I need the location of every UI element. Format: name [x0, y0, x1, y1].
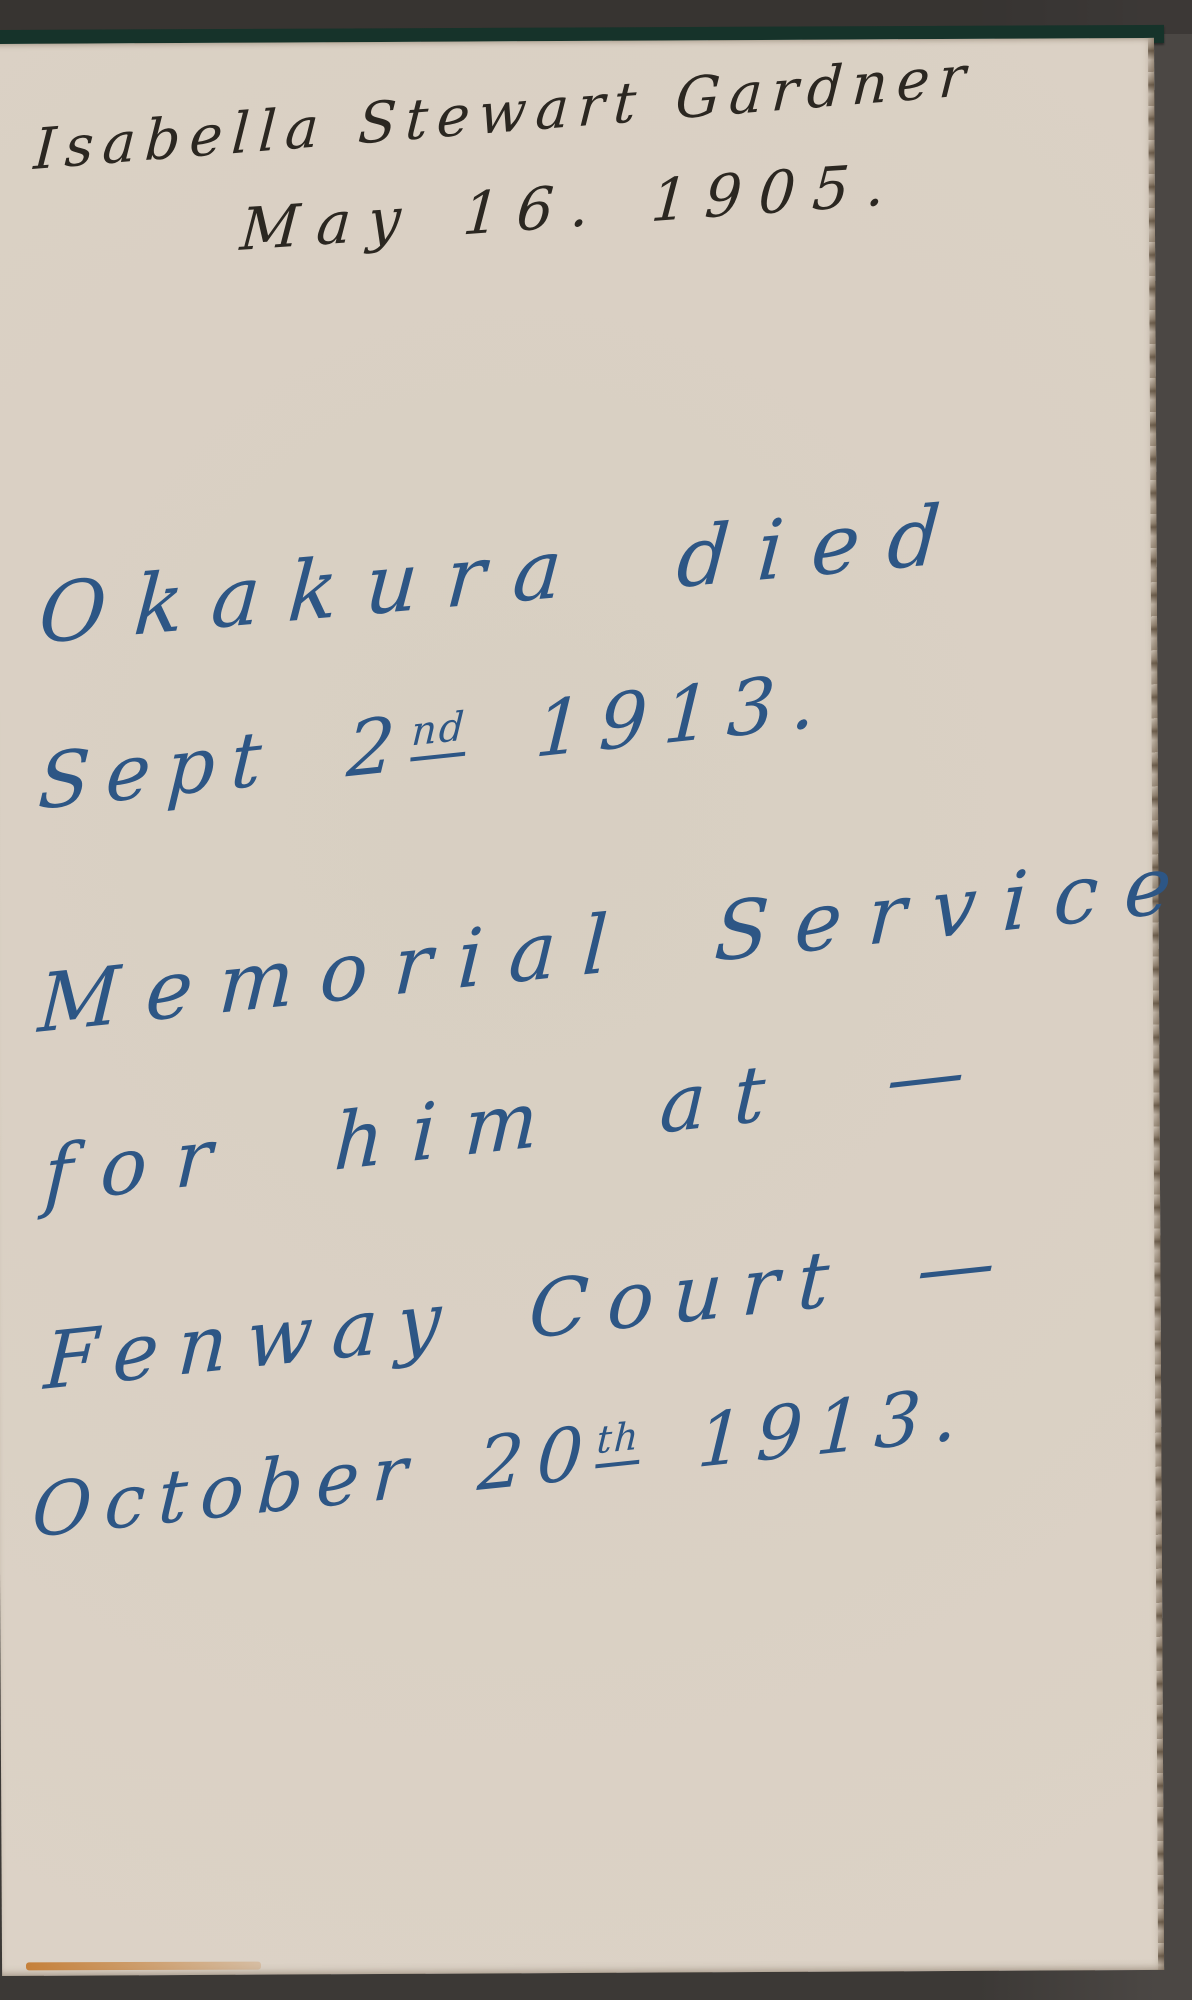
note-memorial-date-ordinal: th [595, 1414, 641, 1469]
page-bottom-gilt-sliver [26, 1962, 261, 1971]
page-deckle-edge [1148, 38, 1164, 1970]
scanned-flyleaf-photo: Isabella Stewart Gardner May 16. 1905. O… [0, 0, 1192, 2000]
note-death-date-ordinal: nd [410, 703, 467, 761]
